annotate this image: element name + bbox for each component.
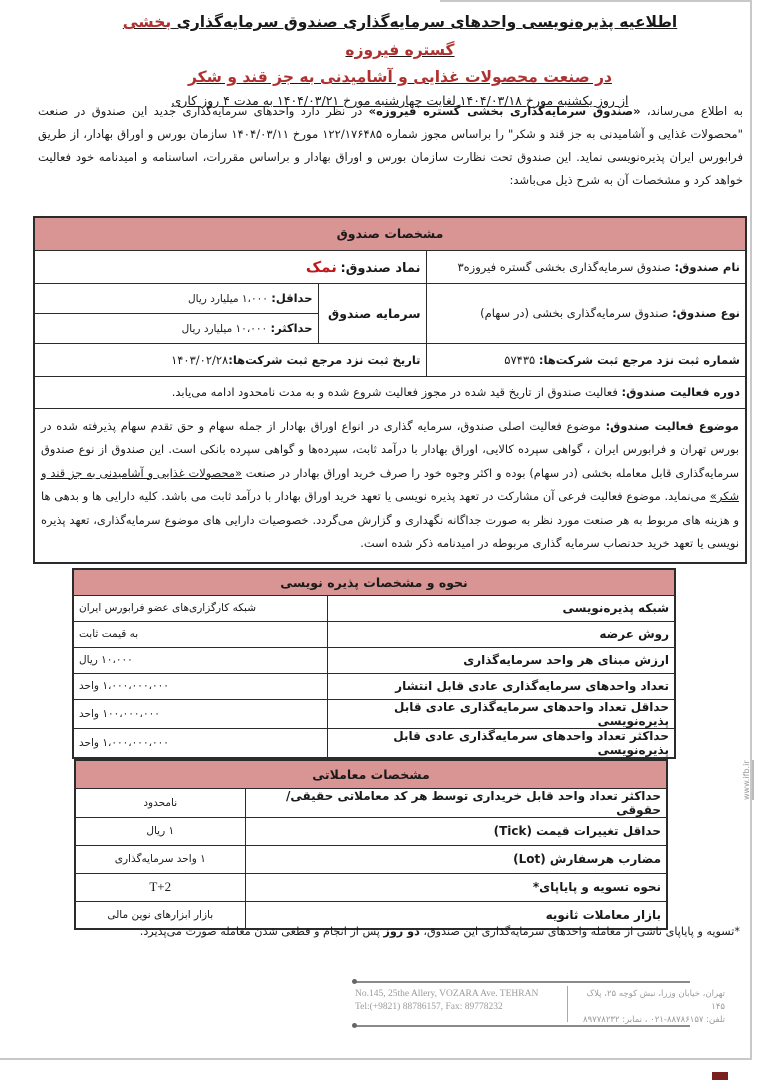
trading-label: حداقل تغییرات قیمت (Tick) (245, 817, 667, 845)
fund-name-cell: نام صندوق: صندوق سرمایه‌گذاری بخشی گستره… (426, 250, 746, 283)
trading-specs-table: مشخصات معاملاتی حداکثر تعداد واحد قابل خ… (74, 759, 668, 930)
subscription-table: نحوه و مشخصات پذیره نویسی شبکه پذیره‌نوی… (72, 568, 676, 759)
reg-date-value: ۱۴۰۳/۰۲/۲۸ (171, 353, 228, 367)
reg-date-label: تاریخ ثبت نزد مرجع ثبت شرکت‌ها: (228, 353, 420, 367)
announcement-title: اطلاعیه پذیره‌نویسی واحدهای سرمایه‌گذاری… (100, 8, 700, 112)
subscription-label: ارزش مبنای هر واحد سرمایه‌گذاری (327, 647, 675, 673)
title-line-1: اطلاعیه پذیره‌نویسی واحدهای سرمایه‌گذاری… (100, 8, 700, 64)
footnote-text-1: *تسویه و پایاپای ناشی از معامله واحدهای … (420, 925, 740, 938)
corner-mark (712, 1072, 728, 1080)
side-rule (752, 760, 754, 800)
subscription-label: حداقل تعداد واحدهای سرمایه‌گذاری عادی قا… (327, 699, 675, 728)
table-row: ارزش مبنای هر واحد سرمایه‌گذاری ۱۰،۰۰۰ ر… (73, 647, 675, 673)
trading-label: مضارب هرسفارش (Lot) (245, 845, 667, 873)
subscription-value: به قیمت ثابت (73, 621, 327, 647)
footer-rule (355, 1025, 690, 1027)
trading-value: ۱ ریال (75, 817, 245, 845)
intro-text-1: به اطلاع می‌رساند، (641, 104, 743, 118)
footer-address-en: No.145, 25the Allery, VOZARA Ave. TEHRAN… (355, 988, 565, 1014)
footnote-bold: دو روز (383, 925, 419, 938)
subscription-value: ۱۰،۰۰۰ ریال (73, 647, 327, 673)
fund-type-label: نوع صندوق: (672, 306, 740, 320)
fund-specs-table: مشخصات صندوق نام صندوق: صندوق سرمایه‌گذا… (33, 216, 747, 564)
side-website-url: www.ifb.ir (742, 760, 751, 800)
trading-value: نامحدود (75, 788, 245, 817)
subscription-label: روش عرضه (327, 621, 675, 647)
activity-period-label: دوره فعالیت صندوق: (622, 385, 740, 399)
table-row: شبکه پذیره‌نویسی شبکه کارگزاری‌های عضو ف… (73, 595, 675, 621)
activity-subject-label: موضوع فعالیت صندوق: (606, 419, 739, 433)
footer-address-fa: تهران، خیابان وزرا، نبش کوچه ۲۵، پلاک ۱۴… (575, 988, 725, 1027)
table-row: حداکثر تعداد واحدهای سرمایه‌گذاری عادی ق… (73, 728, 675, 758)
phone-en-line: Tel:(+9821) 88786157, Fax: 89778232 (355, 1001, 565, 1014)
reg-date-cell: تاریخ ثبت نزد مرجع ثبت شرکت‌ها:۱۴۰۳/۰۲/۲… (34, 343, 426, 376)
trading-label: نحوه تسویه و پایاپای* (245, 873, 667, 901)
subscription-value: ۱۰۰،۰۰۰،۰۰۰ واحد (73, 699, 327, 728)
footer-separator (567, 986, 568, 1022)
reg-number-cell: شماره ثبت نزد مرجع ثبت شرکت‌ها: ۵۷۴۳۵ (426, 343, 746, 376)
capital-min-cell: حداقل: ۱،۰۰۰ میلیارد ریال (34, 283, 318, 313)
subscription-label: حداکثر تعداد واحدهای سرمایه‌گذاری عادی ق… (327, 728, 675, 758)
reg-number-label: شماره ثبت نزد مرجع ثبت شرکت‌ها: (539, 353, 740, 367)
subscription-label: شبکه پذیره‌نویسی (327, 595, 675, 621)
activity-period-cell: دوره فعالیت صندوق: فعالیت صندوق از تاریخ… (34, 376, 746, 408)
reg-number-value: ۵۷۴۳۵ (504, 353, 539, 367)
table-row: حداقل تغییرات قیمت (Tick) ۱ ریال (75, 817, 667, 845)
table-row: نحوه تسویه و پایاپای* T+2 (75, 873, 667, 901)
capital-max-value: ۱۰،۰۰۰ میلیارد ریال (182, 323, 271, 335)
title-prefix: اطلاعیه پذیره‌نویسی واحدهای سرمایه‌گذاری… (177, 13, 678, 31)
table-row: حداکثر تعداد واحد قابل خریداری توسط هر ک… (75, 788, 667, 817)
subscription-label: تعداد واحدهای سرمایه‌گذاری عادی قابل انت… (327, 673, 675, 699)
fund-symbol-value: نمک (306, 258, 337, 276)
fund-symbol-label: نماد صندوق: (341, 261, 421, 276)
fund-type-cell: نوع صندوق: صندوق سرمایه‌گذاری بخشی (در س… (426, 283, 746, 343)
fund-capital-label: سرمایه صندوق (318, 283, 426, 343)
subscription-header: نحوه و مشخصات پذیره نویسی (73, 569, 675, 595)
capital-min-value: ۱،۰۰۰ میلیارد ریال (188, 293, 271, 305)
title-line-2: در صنعت محصولات غذایی و آشامیدنی به جز ق… (100, 64, 700, 90)
settlement-footnote: *تسویه و پایاپای ناشی از معامله واحدهای … (60, 922, 740, 942)
capital-max-cell: حداکثر: ۱۰،۰۰۰ میلیارد ریال (34, 313, 318, 343)
fund-symbol-cell: نماد صندوق: نمک (34, 250, 426, 283)
address-fa-line: تهران، خیابان وزرا، نبش کوچه ۲۵، پلاک ۱۴… (575, 988, 725, 1014)
fund-type-value: صندوق سرمایه‌گذاری بخشی (در سهام) (480, 306, 672, 320)
intro-fund-name: «صندوق سرمایه‌گذاری بخشی گستره فیروزه» (369, 104, 641, 118)
table-row: روش عرضه به قیمت ثابت (73, 621, 675, 647)
intro-paragraph: به اطلاع می‌رساند، «صندوق سرمایه‌گذاری ب… (38, 100, 743, 192)
activity-period-value: فعالیت صندوق از تاریخ قید شده در مجوز فع… (172, 385, 622, 399)
trading-header: مشخصات معاملاتی (75, 760, 667, 788)
trading-label: حداکثر تعداد واحد قابل خریداری توسط هر ک… (245, 788, 667, 817)
address-en-line: No.145, 25the Allery, VOZARA Ave. TEHRAN (355, 988, 565, 1001)
top-rule (440, 0, 752, 2)
table-row: تعداد واحدهای سرمایه‌گذاری عادی قابل انت… (73, 673, 675, 699)
subscription-value: شبکه کارگزاری‌های عضو فرابورس ایران (73, 595, 327, 621)
table-row: حداقل تعداد واحدهای سرمایه‌گذاری عادی قا… (73, 699, 675, 728)
capital-min-label: حداقل: (271, 291, 312, 305)
letterhead-footer: No.145, 25the Allery, VOZARA Ave. TEHRAN… (355, 978, 705, 1022)
subscription-value: ۱،۰۰۰،۰۰۰،۰۰۰ واحد (73, 728, 327, 758)
fund-name-value: صندوق سرمایه‌گذاری بخشی گستره فیروزه۳ (457, 260, 674, 274)
fund-specs-header: مشخصات صندوق (34, 217, 746, 250)
footer-rule (355, 981, 690, 983)
trading-value: T+2 (75, 873, 245, 901)
activity-subject-text-2: می‌نماید. موضوع فعالیت فرعی آن مشارکت در… (41, 489, 739, 550)
activity-subject-cell: موضوع فعالیت صندوق: موضوع فعالیت اصلی صن… (34, 408, 746, 563)
footnote-text-2: پس از انجام و قطعی شدن معامله صورت می‌پذ… (140, 925, 384, 938)
fund-name-label: نام صندوق: (674, 260, 740, 274)
table-row: مضارب هرسفارش (Lot) ۱ واحد سرمایه‌گذاری (75, 845, 667, 873)
trading-value: ۱ واحد سرمایه‌گذاری (75, 845, 245, 873)
capital-max-label: حداکثر: (270, 321, 312, 335)
subscription-value: ۱،۰۰۰،۰۰۰،۰۰۰ واحد (73, 673, 327, 699)
